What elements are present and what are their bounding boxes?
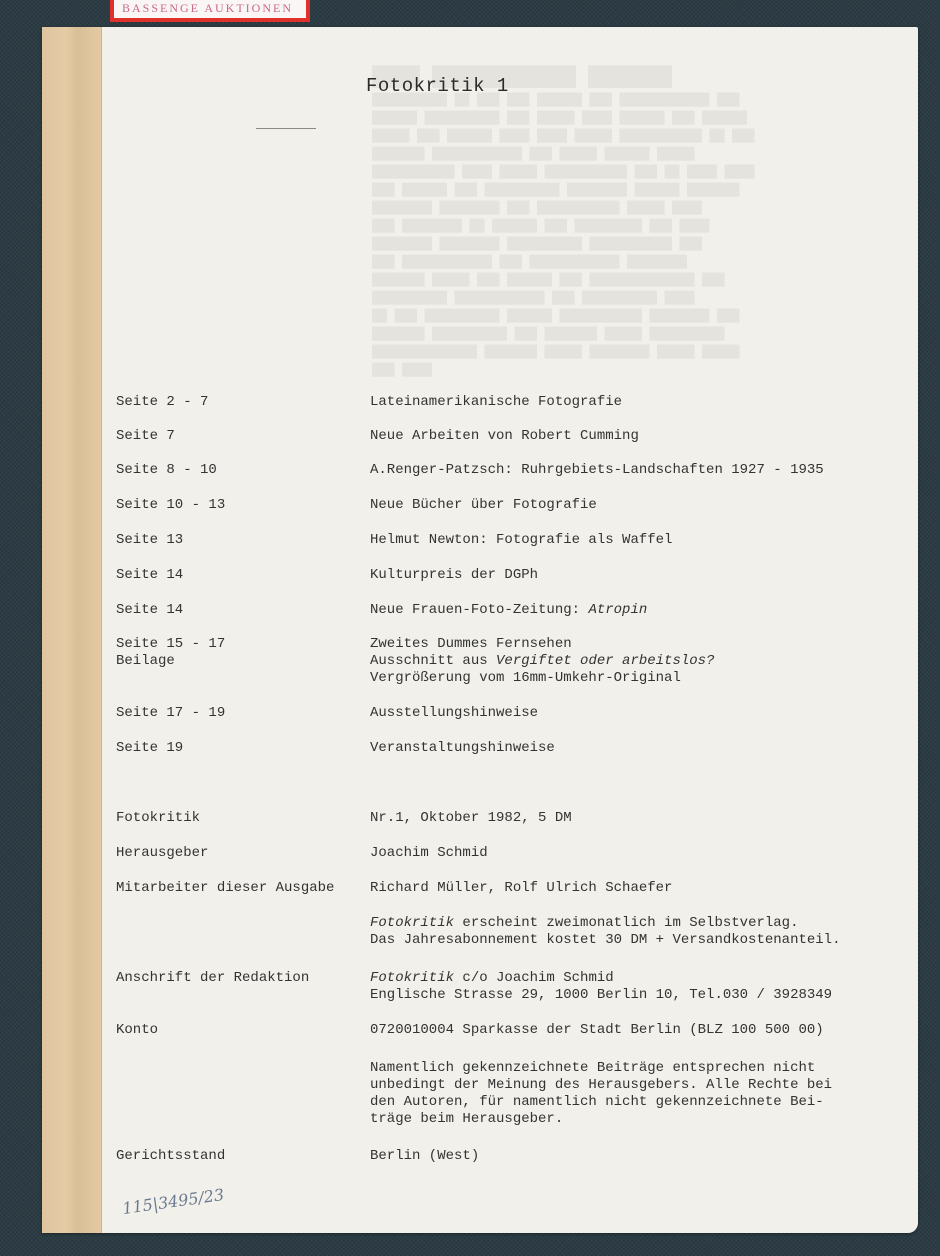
toc-title: Neue Frauen-Foto-Zeitung: Atropin [370, 602, 890, 619]
toc-pages: Seite 19 [116, 740, 366, 757]
toc-subtitle: Ausschnitt aus Vergiftet oder arbeitslos… [370, 653, 890, 670]
title-rule [256, 128, 316, 129]
toc-supplement-label: Beilage [116, 653, 366, 670]
toc-title: Zweites Dummes Fernsehen [370, 636, 890, 653]
toc-pages: Seite 15 - 17 Beilage [116, 636, 366, 670]
toc-pages: Seite 2 - 7 [116, 394, 366, 411]
reverse-side-bleed-through: ████ ████████████ █████████████████ ██ █… [372, 65, 872, 379]
toc-title: Helmut Newton: Fotografie als Waffel [370, 532, 890, 549]
toc-pages: Seite 13 [116, 532, 366, 549]
toc-title: A.Renger-Patzsch: Ruhrgebiets-Landschaft… [370, 462, 890, 479]
toc-title: Veranstaltungshinweise [370, 740, 890, 757]
toc-subtitle: Vergrößerung vom 16mm-Umkehr-Original [370, 670, 890, 687]
toc-title: Kulturpreis der DGPh [370, 567, 890, 584]
auction-label-text: BASSENGE AUKTIONEN [122, 1, 293, 16]
handwritten-inventory-note: 115|3495/23 [121, 1185, 225, 1218]
spine-binding [42, 27, 102, 1233]
toc-title: Neue Bücher über Fotografie [370, 497, 890, 514]
toc-pages: Seite 8 - 10 [116, 462, 366, 479]
auction-label: BASSENGE AUKTIONEN [110, 0, 310, 22]
toc-title: Ausstellungshinweise [370, 705, 890, 722]
toc-title: Lateinamerikanische Fotografie [370, 394, 890, 411]
toc-pages: Seite 14 [116, 567, 366, 584]
toc-title: Neue Arbeiten von Robert Cumming [370, 428, 890, 445]
toc-pages: Seite 17 - 19 [116, 705, 366, 722]
page-title: Fotokritik 1 [366, 75, 509, 97]
document-page: ████ ████████████ █████████████████ ██ █… [42, 27, 918, 1233]
toc-pages: Seite 7 [116, 428, 366, 445]
toc-pages: Seite 14 [116, 602, 366, 619]
toc-pages: Seite 10 - 13 [116, 497, 366, 514]
